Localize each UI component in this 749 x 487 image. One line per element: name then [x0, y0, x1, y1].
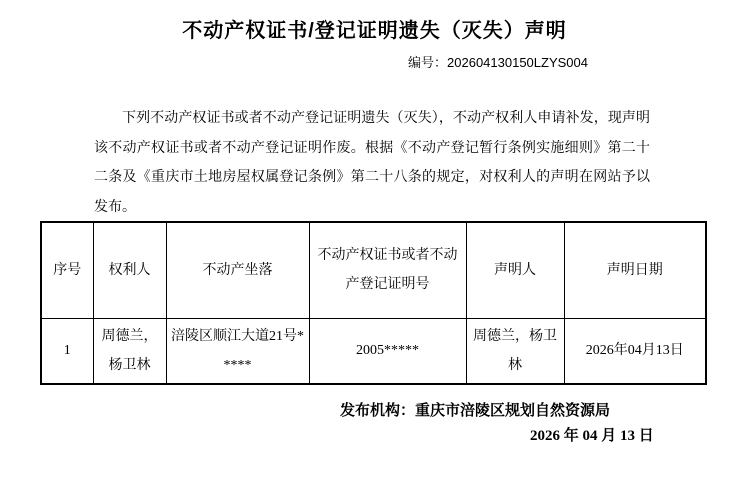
page-title: 不动产权证书/登记证明遗失（灭失）声明: [0, 14, 749, 43]
cell-certificate: 2005*****: [309, 318, 466, 384]
col-header-declarant: 声明人: [466, 222, 564, 318]
cell-seq: 1: [41, 318, 93, 384]
doc-number: 编号：202604130150LZYS004: [0, 52, 588, 71]
col-header-seq: 序号: [41, 222, 93, 318]
declaration-body-paragraph: 下列不动产权证书或者不动产登记证明遗失（灭失），不动产权利人申请补发，现声明该不…: [94, 104, 650, 222]
doc-number-value: 202604130150LZYS004: [447, 55, 588, 70]
table-header-row: 序号 权利人 不动产坐落 不动产权证书或者不动产登记证明号 声明人 声明日期: [41, 222, 706, 318]
col-header-location: 不动产坐落: [166, 222, 309, 318]
cell-rightholder: 周德兰，杨卫林: [93, 318, 166, 384]
cell-date: 2026年04月13日: [564, 318, 706, 384]
cell-location: 涪陵区顺江大道21号*****: [166, 318, 309, 384]
document-page: 不动产权证书/登记证明遗失（灭失）声明 编号：202604130150LZYS0…: [0, 0, 749, 487]
col-header-certificate: 不动产权证书或者不动产登记证明号: [309, 222, 466, 318]
col-header-date: 声明日期: [564, 222, 706, 318]
cell-declarant: 周德兰，杨卫林: [466, 318, 564, 384]
declaration-table: 序号 权利人 不动产坐落 不动产权证书或者不动产登记证明号 声明人 声明日期 1…: [40, 221, 707, 385]
doc-number-label: 编号：: [408, 55, 447, 70]
table-row: 1 周德兰，杨卫林 涪陵区顺江大道21号***** 2005***** 周德兰，…: [41, 318, 706, 384]
col-header-rightholder: 权利人: [93, 222, 166, 318]
publisher-line: 发布机构：重庆市涪陵区规划自然资源局: [340, 399, 610, 420]
publish-date: 2026 年 04 月 13 日: [530, 424, 654, 445]
